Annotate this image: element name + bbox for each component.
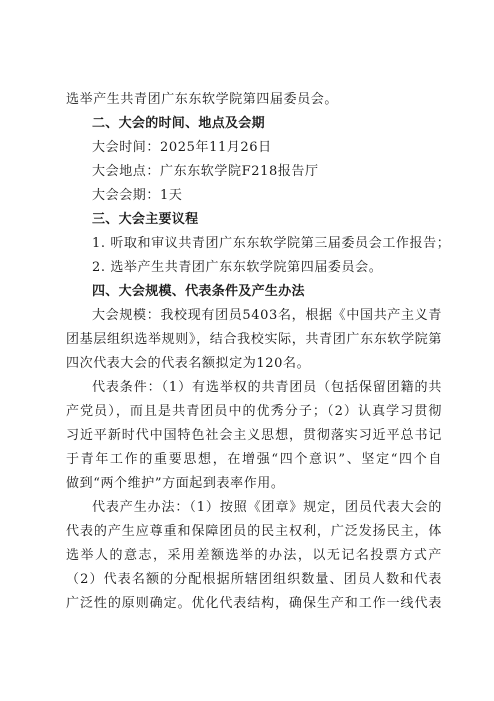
method-paragraph-line: 代表产生办法：（1）按照《团章》规定，团员代表大会的 xyxy=(66,496,442,520)
section-heading-agenda: 三、大会主要议程 xyxy=(66,208,442,232)
method-paragraph-line: （2）代表名额的分配根据所辖团组织数量、团员人数和代表具有 xyxy=(66,568,442,592)
section-heading-scale: 四、大会规模、代表条件及产生办法 xyxy=(66,280,442,304)
agenda-item-2: 2. 选举产生共青团广东东软学院第四届委员会。 xyxy=(66,256,442,280)
method-paragraph-line: 广泛性的原则确定。优化代表结构，确保生产和工作一线代表比 xyxy=(66,592,442,616)
meeting-time: 大会时间：2025年11月26日 xyxy=(66,136,442,160)
section-heading-time-place: 二、大会的时间、地点及会期 xyxy=(66,112,442,136)
meeting-location: 大会地点：广东东软学院F218报告厅 xyxy=(66,160,442,184)
conditions-paragraph-line: 于青年工作的重要思想，在增强“四个意识”、坚定“四个自信”、 xyxy=(66,448,442,472)
conditions-paragraph-line: 产党员），而且是共青团员中的优秀分子；（2）认真学习贯彻 xyxy=(66,400,442,424)
scale-paragraph-line: 四次代表大会的代表名额拟定为120名。 xyxy=(66,352,442,376)
conditions-paragraph-line: 习近平新时代中国特色社会主义思想，贯彻落实习近平总书记关 xyxy=(66,424,442,448)
conditions-paragraph-line: 做到“两个维护”方面起到表率作用。 xyxy=(66,472,442,496)
scale-paragraph-line: 大会规模：我校现有团员5403名，根据《中国共产主义青年 xyxy=(66,304,442,328)
method-paragraph-line: 选举人的意志，采用差额选举的办法，以无记名投票方式产生。 xyxy=(66,544,442,568)
meeting-duration: 大会会期：1天 xyxy=(66,184,442,208)
paragraph-line-continuation: 选举产生共青团广东东软学院第四届委员会。 xyxy=(66,88,442,112)
document-page: 选举产生共青团广东东软学院第四届委员会。 二、大会的时间、地点及会期 大会时间：… xyxy=(66,88,442,616)
method-paragraph-line: 代表的产生应尊重和保障团员的民主权利，广泛发扬民主，体现 xyxy=(66,520,442,544)
conditions-paragraph-line: 代表条件：（1）有选举权的共青团员（包括保留团籍的共 xyxy=(66,376,442,400)
scale-paragraph-line: 团基层组织选举规则》，结合我校实际，共青团广东东软学院第 xyxy=(66,328,442,352)
agenda-item-1: 1. 听取和审议共青团广东东软学院第三届委员会工作报告； xyxy=(66,232,442,256)
